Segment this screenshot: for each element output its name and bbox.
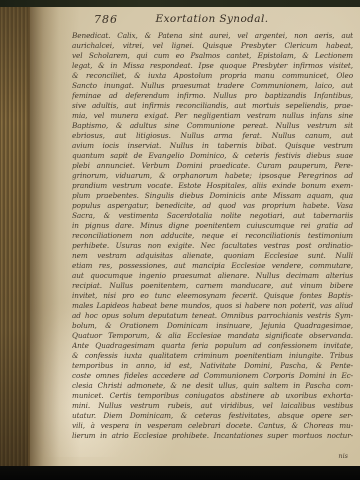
- photo-border-top: [0, 0, 360, 7]
- signature-mark: nis: [338, 452, 348, 460]
- text-line: perhibete. Usuras non exigite. Nec facul…: [72, 241, 353, 251]
- body-text: Benedicat. Calix, & Patena sint aurei, v…: [72, 31, 353, 441]
- text-line: vili, à vespera in vesperam celebrari do…: [72, 421, 353, 431]
- text-line: temporibus in anno, id est, Nativitate D…: [72, 361, 353, 371]
- text-line: aut quocumque ingenio praesumat alienare…: [72, 271, 353, 281]
- text-line: & reconciliet, & iuxta Apostolum propria…: [72, 71, 353, 81]
- text-line: reconciliationem non adducite, neque ei …: [72, 231, 353, 241]
- text-line: grinorum, viduarum, & orphanorum habete;…: [72, 171, 353, 181]
- text-line: populus aspergatur, benedicite, ad quod …: [72, 201, 353, 211]
- text-line: lierum in atrio Ecclesiae prohibete. Inc…: [72, 431, 353, 441]
- text-line: bolum, & Orationem Dominicam insinuare, …: [72, 321, 353, 331]
- text-line: legat, & in Missa respondeat. Ipse quoqu…: [72, 61, 353, 71]
- book-page: 786 Exortation Synodal. Benedicat. Calix…: [26, 7, 360, 466]
- text-line: quantum sapit de Evangelio Dominico, & c…: [72, 151, 353, 161]
- text-line: Sacra, & vestimenta Sacerdotalia nolite …: [72, 211, 353, 221]
- running-title: Exortation Synodal.: [72, 13, 352, 25]
- text-line: vel Scholarem, qui cum eo Psalmos cantet…: [72, 51, 353, 61]
- text-line: coste omnes fideles accedere ad Communio…: [72, 371, 353, 381]
- text-line: males Lapideos habeat bene mundos, quos …: [72, 301, 353, 311]
- text-line: Quatuor Temporum, & alia Ecclesiae manda…: [72, 331, 353, 341]
- text-line: mini. Nullus vestrum rubeis, aut viridib…: [72, 401, 353, 411]
- book-fore-edge: [0, 7, 30, 466]
- text-line: nem vestram adquisitas alienate, quoniam…: [72, 251, 353, 261]
- text-line: & confessis iuxta qualitatem criminum po…: [72, 351, 353, 361]
- text-line: ad hoc opus solum deputatum teneat. Omni…: [72, 311, 353, 321]
- book-photo: 786 Exortation Synodal. Benedicat. Calix…: [0, 0, 360, 480]
- text-line: aurichalcei, vitrei, vel lignei. Quisque…: [72, 41, 353, 51]
- text-line: recipiat. Nullus poenitentem, carnem man…: [72, 281, 353, 291]
- text-line: feminae ad deferendum infirmo. Nullus pr…: [72, 91, 353, 101]
- text-line: plum praebentes. Singulis diebus Dominic…: [72, 191, 353, 201]
- text-line: plebi annunciet. Verbum Domini praedicat…: [72, 161, 353, 171]
- text-line: in pignus dare. Minus digne poenitentem …: [72, 221, 353, 231]
- text-line: avium iocis inserviat. Nullus in taberni…: [72, 141, 353, 151]
- text-line: clesia Christi admonete, & ne desit ullu…: [72, 381, 353, 391]
- text-line: utatur. Diem Dominicam, & ceteras festiv…: [72, 411, 353, 421]
- text-line: invitet, nisi pro eo tunc eleemosynam fe…: [72, 291, 353, 301]
- page-header: 786 Exortation Synodal.: [72, 13, 352, 27]
- text-line: Sancto inungat. Nullus praesumat tradere…: [72, 81, 353, 91]
- text-line: ebriosus, aut litigiosus. Nullus arma fe…: [72, 131, 353, 141]
- text-line: Baptismo, & adultus sine Communione pere…: [72, 121, 353, 131]
- text-line: municet. Certis temporibus coniugatos ab…: [72, 391, 353, 401]
- text-line: Benedicat. Calix, & Patena sint aurei, v…: [72, 31, 353, 41]
- text-line: sive adultis, aut infirmis reconciliandi…: [72, 101, 353, 111]
- text-line: mia, vel munera exigat. Per negligentiam…: [72, 111, 353, 121]
- text-line: etiam res, possessiones, aut mancipia Ec…: [72, 261, 353, 271]
- photo-border-bottom: [0, 466, 360, 480]
- text-line: Ante Quadragesimam quarta feria populum …: [72, 341, 353, 351]
- text-line: prandium vestrum vocate. Estote Hospital…: [72, 181, 353, 191]
